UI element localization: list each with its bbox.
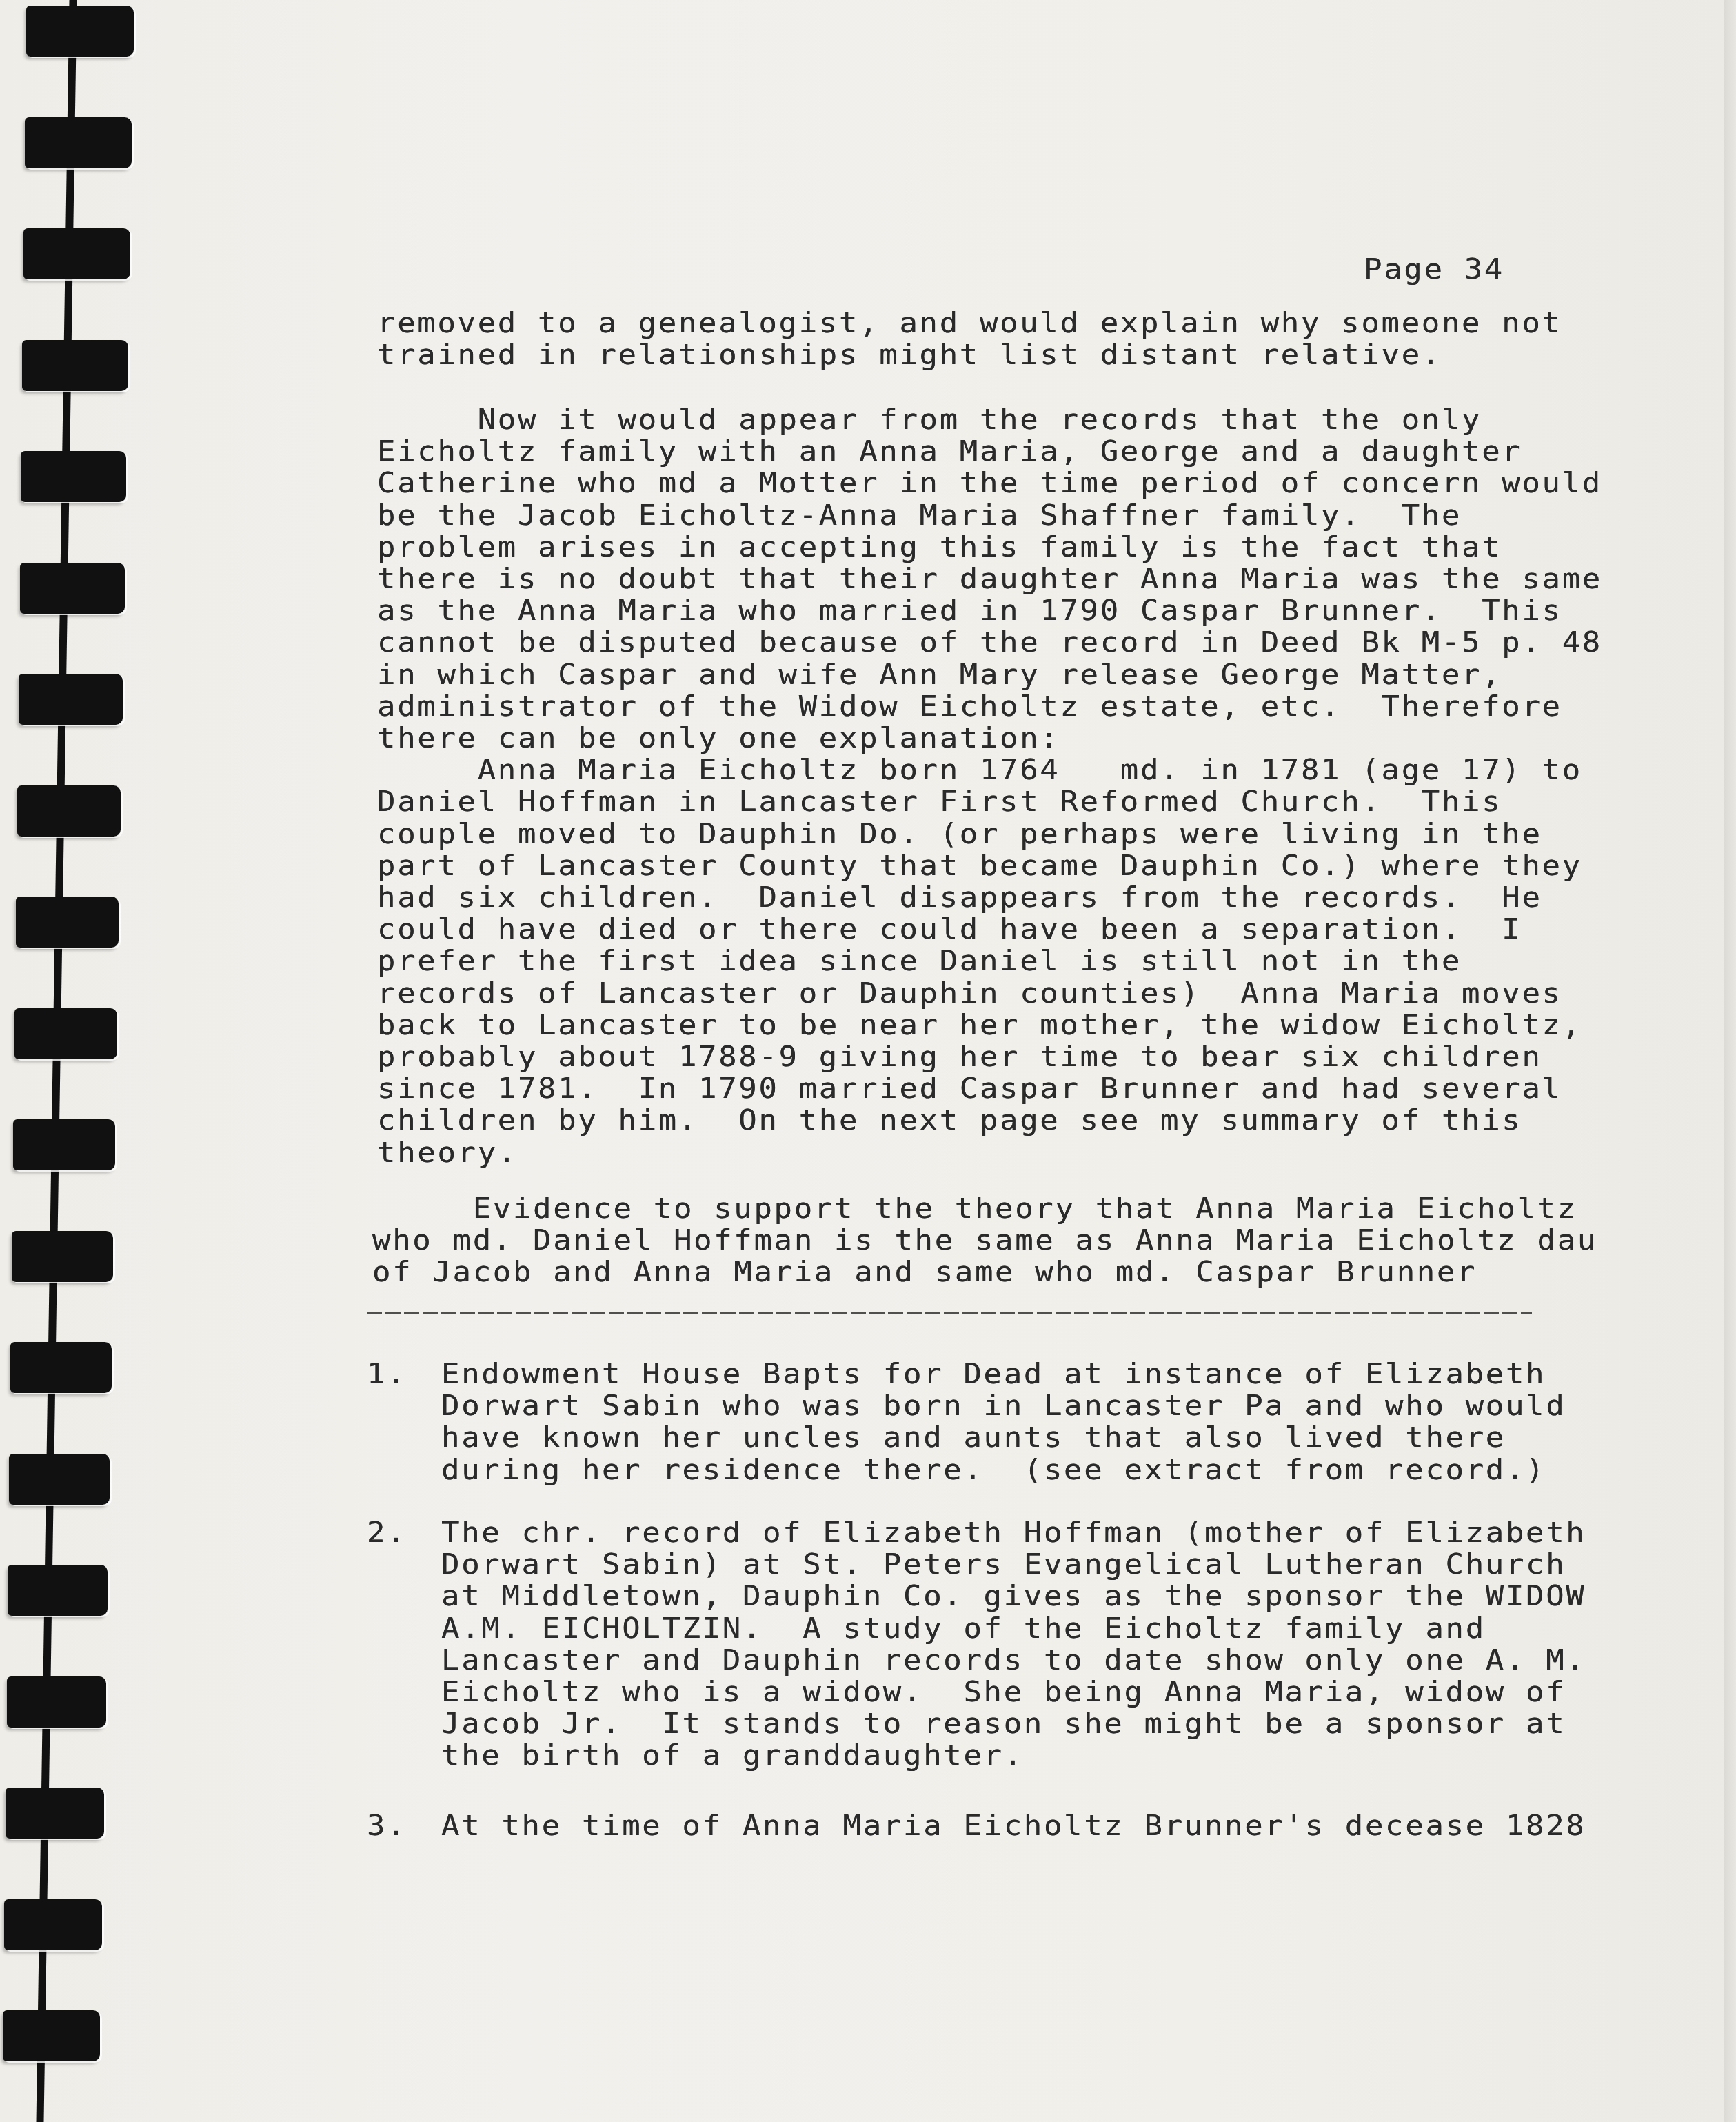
text-line: children by him. On the next page see my…: [377, 1105, 1522, 1137]
text-line: Dorwart Sabin who was born in Lancaster …: [441, 1390, 1566, 1422]
text-line: as the Anna Maria who married in 1790 Ca…: [377, 595, 1562, 627]
text-line: back to Lancaster to be near her mother,…: [377, 1010, 1582, 1041]
binding-ring: [13, 1119, 115, 1170]
binding-ring: [23, 228, 130, 279]
text-line: Eicholtz who is a widow. She being Anna …: [441, 1676, 1566, 1708]
text-line: removed to a genealogist, and would expl…: [377, 308, 1562, 339]
text-line: Now it would appear from the records tha…: [377, 404, 1482, 436]
text-line: the birth of a granddaughter.: [441, 1740, 1024, 1772]
text-line: Daniel Hoffman in Lancaster First Reform…: [377, 786, 1502, 818]
list-number: 3.: [367, 1810, 407, 1842]
binding-ring: [6, 1788, 104, 1839]
text-line: Jacob Jr. It stands to reason she might …: [441, 1708, 1566, 1740]
binding-ring: [8, 1565, 108, 1616]
text-line: during her residence there. (see extract…: [441, 1454, 1546, 1486]
binding-ring: [17, 785, 121, 837]
text-line: of Jacob and Anna Maria and same who md.…: [372, 1257, 1477, 1288]
text-line: in which Caspar and wife Ann Mary releas…: [377, 659, 1502, 691]
text-line: The chr. record of Elizabeth Hoffman (mo…: [441, 1517, 1586, 1549]
text-line: there can be only one explanation:: [377, 723, 1060, 754]
text-line: Catherine who md a Motter in the time pe…: [377, 468, 1602, 499]
binding-ring: [10, 1342, 111, 1393]
binding-ring: [22, 340, 128, 391]
text-line: couple moved to Dauphin Do. (or perhaps …: [377, 819, 1542, 850]
text-line: trained in relationships might list dist…: [377, 339, 1442, 371]
page-edge-shadow: [1724, 0, 1736, 2122]
binding-ring: [25, 117, 132, 168]
binding-ring: [26, 6, 134, 57]
text-line: Evidence to support the theory that Anna…: [372, 1193, 1577, 1225]
text-line: cannot be disputed because of the record…: [377, 627, 1602, 659]
text-line: theory.: [377, 1137, 518, 1169]
text-line: records of Lancaster or Dauphin counties…: [377, 978, 1562, 1010]
list-number: 1.: [367, 1359, 407, 1390]
text-line: part of Lancaster County that became Dau…: [377, 850, 1582, 882]
list-number: 2.: [367, 1517, 407, 1549]
text-line: there is no doubt that their daughter An…: [377, 563, 1602, 595]
dashed-divider: [367, 1312, 1532, 1314]
binding-ring: [9, 1454, 110, 1505]
document-page: Page 34 removed to a genealogist, and wo…: [0, 0, 1728, 2122]
text-line: since 1781. In 1790 married Caspar Brunn…: [377, 1073, 1562, 1105]
binding-ring: [3, 2010, 101, 2061]
page-number: Page 34: [1364, 254, 1504, 286]
binding-ring: [16, 897, 119, 948]
text-line: Anna Maria Eicholtz born 1764 md. in 178…: [377, 754, 1582, 786]
binding-ring: [12, 1231, 113, 1282]
binding-ring: [7, 1676, 106, 1728]
binding-ring: [20, 563, 125, 614]
binding-ring: [21, 451, 126, 502]
text-line: had six children. Daniel disappears from…: [377, 882, 1542, 914]
binding-ring: [14, 1008, 117, 1059]
text-line: A.M. EICHOLTZIN. A study of the Eicholtz…: [441, 1613, 1486, 1645]
text-line: probably about 1788-9 giving her time to…: [377, 1041, 1542, 1073]
text-line: problem arises in accepting this family …: [377, 532, 1502, 563]
text-line: be the Jacob Eicholtz-Anna Maria Shaffne…: [377, 500, 1462, 532]
binding-ring: [19, 674, 123, 725]
binding-ring: [4, 1899, 102, 1950]
text-line: At the time of Anna Maria Eicholtz Brunn…: [441, 1810, 1586, 1842]
text-line: administrator of the Widow Eicholtz esta…: [377, 691, 1562, 723]
text-line: who md. Daniel Hoffman is the same as An…: [372, 1225, 1597, 1257]
text-line: have known her uncles and aunts that als…: [441, 1422, 1506, 1454]
text-line: prefer the first idea since Daniel is st…: [377, 945, 1462, 977]
text-line: Dorwart Sabin) at St. Peters Evangelical…: [441, 1549, 1566, 1581]
text-line: Lancaster and Dauphin records to date sh…: [441, 1645, 1586, 1676]
text-line: Endowment House Bapts for Dead at instan…: [441, 1359, 1546, 1390]
text-line: could have died or there could have been…: [377, 914, 1522, 945]
text-line: at Middletown, Dauphin Co. gives as the …: [441, 1581, 1586, 1612]
text-line: Eicholtz family with an Anna Maria, Geor…: [377, 436, 1522, 468]
